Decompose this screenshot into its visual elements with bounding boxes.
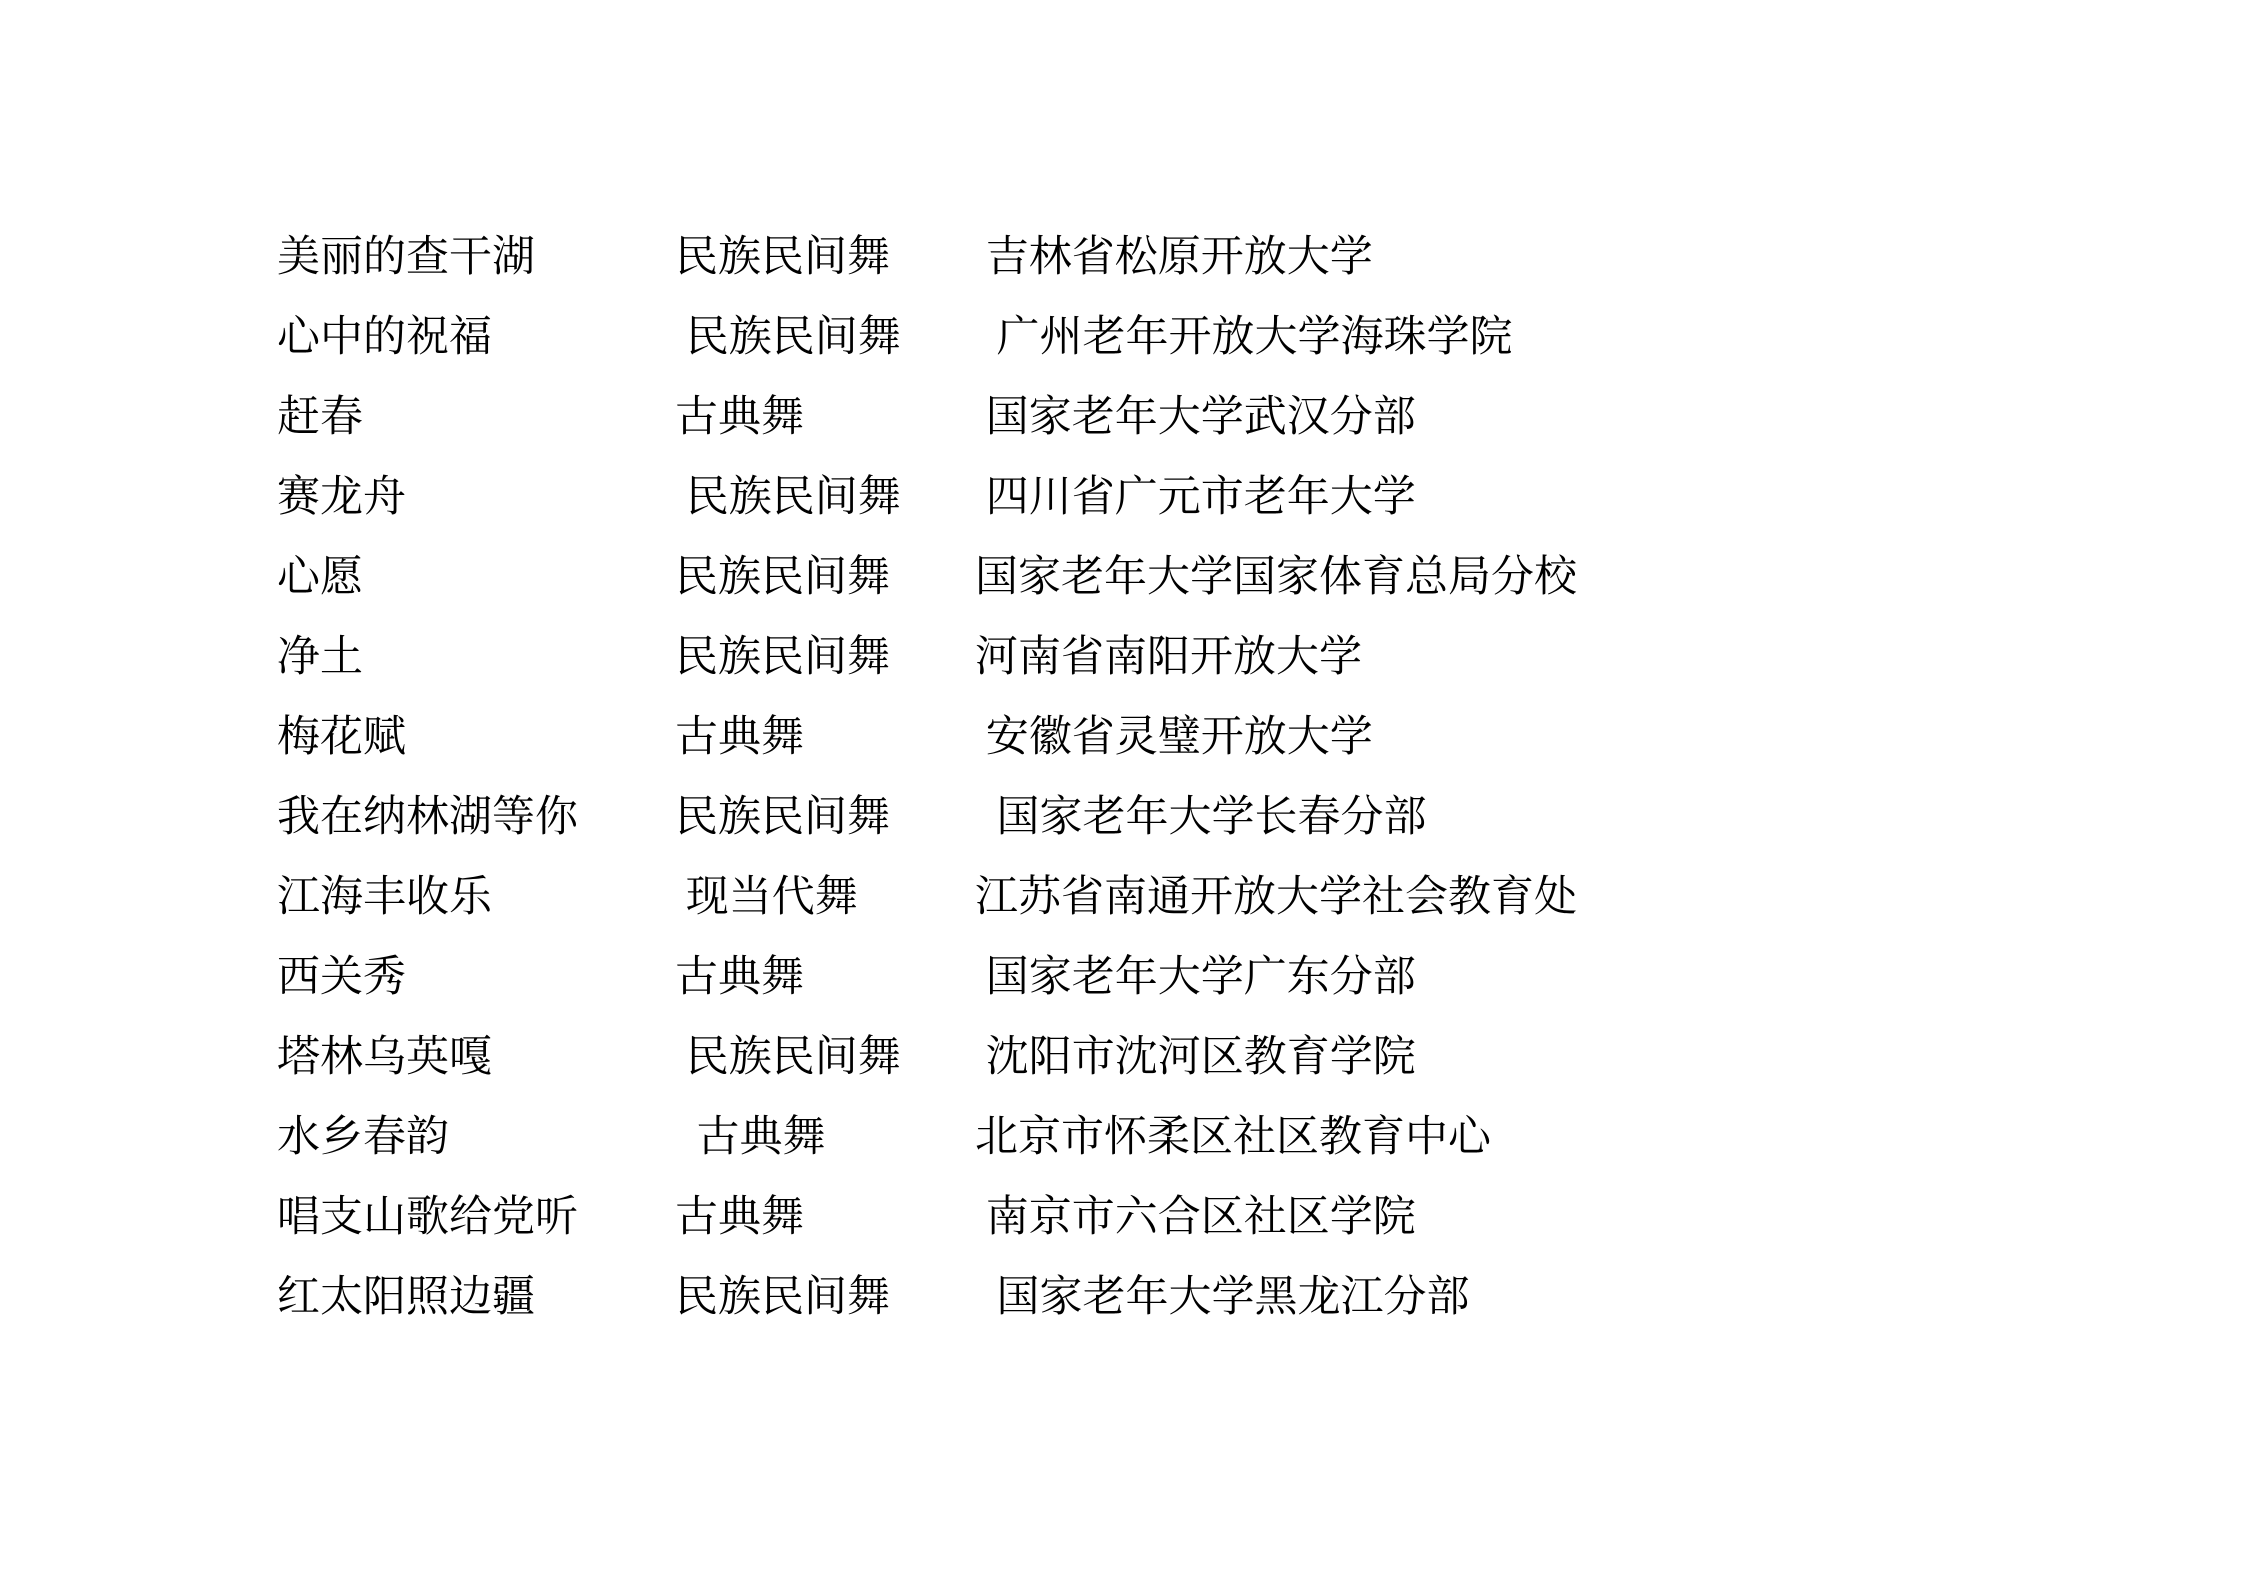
dance-genre: 现当代舞 — [675, 858, 858, 938]
dance-genre: 古典舞 — [675, 1098, 826, 1178]
dance-genre: 民族民间舞 — [675, 1258, 890, 1338]
institution-name: 南京市六合区社区学院 — [975, 1178, 1416, 1258]
dance-genre: 民族民间舞 — [675, 458, 901, 538]
institution-name: 国家老年大学武汉分部 — [975, 378, 1416, 458]
table-row: 净土 民族民间舞 河南省南阳开放大学 — [0, 618, 2245, 698]
dance-genre: 民族民间舞 — [675, 298, 901, 378]
institution-name: 北京市怀柔区社区教育中心 — [975, 1098, 1491, 1178]
institution-name: 吉林省松原开放大学 — [975, 218, 1373, 298]
dance-genre: 民族民间舞 — [675, 538, 890, 618]
dance-title: 净土 — [277, 618, 363, 698]
institution-name: 河南省南阳开放大学 — [975, 618, 1362, 698]
dance-title: 江海丰收乐 — [277, 858, 492, 938]
institution-name: 江苏省南通开放大学社会教育处 — [975, 858, 1577, 938]
dance-genre: 古典舞 — [675, 1178, 804, 1258]
dance-title: 心中的祝福 — [277, 298, 492, 378]
dance-awards-list: 美丽的查干湖 民族民间舞 吉林省松原开放大学 心中的祝福 民族民间舞 广州老年开… — [0, 218, 2245, 1338]
table-row: 我在纳林湖等你 民族民间舞 国家老年大学长春分部 — [0, 778, 2245, 858]
dance-genre: 民族民间舞 — [675, 218, 890, 298]
dance-title: 塔林乌英嘎 — [277, 1018, 492, 1098]
dance-genre: 民族民间舞 — [675, 778, 890, 858]
institution-name: 国家老年大学国家体育总局分校 — [975, 538, 1577, 618]
dance-title: 唱支山歌给党听 — [277, 1178, 578, 1258]
institution-name: 国家老年大学长春分部 — [975, 778, 1427, 858]
dance-title: 心愿 — [277, 538, 363, 618]
table-row: 赶春 古典舞 国家老年大学武汉分部 — [0, 378, 2245, 458]
table-row: 唱支山歌给党听 古典舞 南京市六合区社区学院 — [0, 1178, 2245, 1258]
dance-title: 我在纳林湖等你 — [277, 778, 578, 858]
table-row: 心愿 民族民间舞 国家老年大学国家体育总局分校 — [0, 538, 2245, 618]
dance-title: 红太阳照边疆 — [277, 1258, 535, 1338]
dance-title: 赛龙舟 — [277, 458, 406, 538]
dance-genre: 民族民间舞 — [675, 1018, 901, 1098]
table-row: 塔林乌英嘎 民族民间舞 沈阳市沈河区教育学院 — [0, 1018, 2245, 1098]
institution-name: 国家老年大学广东分部 — [975, 938, 1416, 1018]
table-row: 西关秀 古典舞 国家老年大学广东分部 — [0, 938, 2245, 1018]
dance-title: 赶春 — [277, 378, 363, 458]
dance-genre: 古典舞 — [675, 378, 804, 458]
table-row: 梅花赋 古典舞 安徽省灵璧开放大学 — [0, 698, 2245, 778]
dance-genre: 古典舞 — [675, 938, 804, 1018]
table-row: 美丽的查干湖 民族民间舞 吉林省松原开放大学 — [0, 218, 2245, 298]
institution-name: 国家老年大学黑龙江分部 — [975, 1258, 1470, 1338]
institution-name: 沈阳市沈河区教育学院 — [975, 1018, 1416, 1098]
dance-title: 美丽的查干湖 — [277, 218, 535, 298]
dance-genre: 民族民间舞 — [675, 618, 890, 698]
table-row: 赛龙舟 民族民间舞 四川省广元市老年大学 — [0, 458, 2245, 538]
table-row: 江海丰收乐 现当代舞 江苏省南通开放大学社会教育处 — [0, 858, 2245, 938]
institution-name: 安徽省灵璧开放大学 — [975, 698, 1373, 778]
table-row: 心中的祝福 民族民间舞 广州老年开放大学海珠学院 — [0, 298, 2245, 378]
dance-title: 梅花赋 — [277, 698, 406, 778]
table-row: 红太阳照边疆 民族民间舞 国家老年大学黑龙江分部 — [0, 1258, 2245, 1338]
institution-name: 广州老年开放大学海珠学院 — [975, 298, 1513, 378]
document-page: 美丽的查干湖 民族民间舞 吉林省松原开放大学 心中的祝福 民族民间舞 广州老年开… — [0, 0, 2245, 1587]
table-row: 水乡春韵 古典舞 北京市怀柔区社区教育中心 — [0, 1098, 2245, 1178]
dance-genre: 古典舞 — [675, 698, 804, 778]
institution-name: 四川省广元市老年大学 — [975, 458, 1416, 538]
dance-title: 水乡春韵 — [277, 1098, 449, 1178]
dance-title: 西关秀 — [277, 938, 406, 1018]
